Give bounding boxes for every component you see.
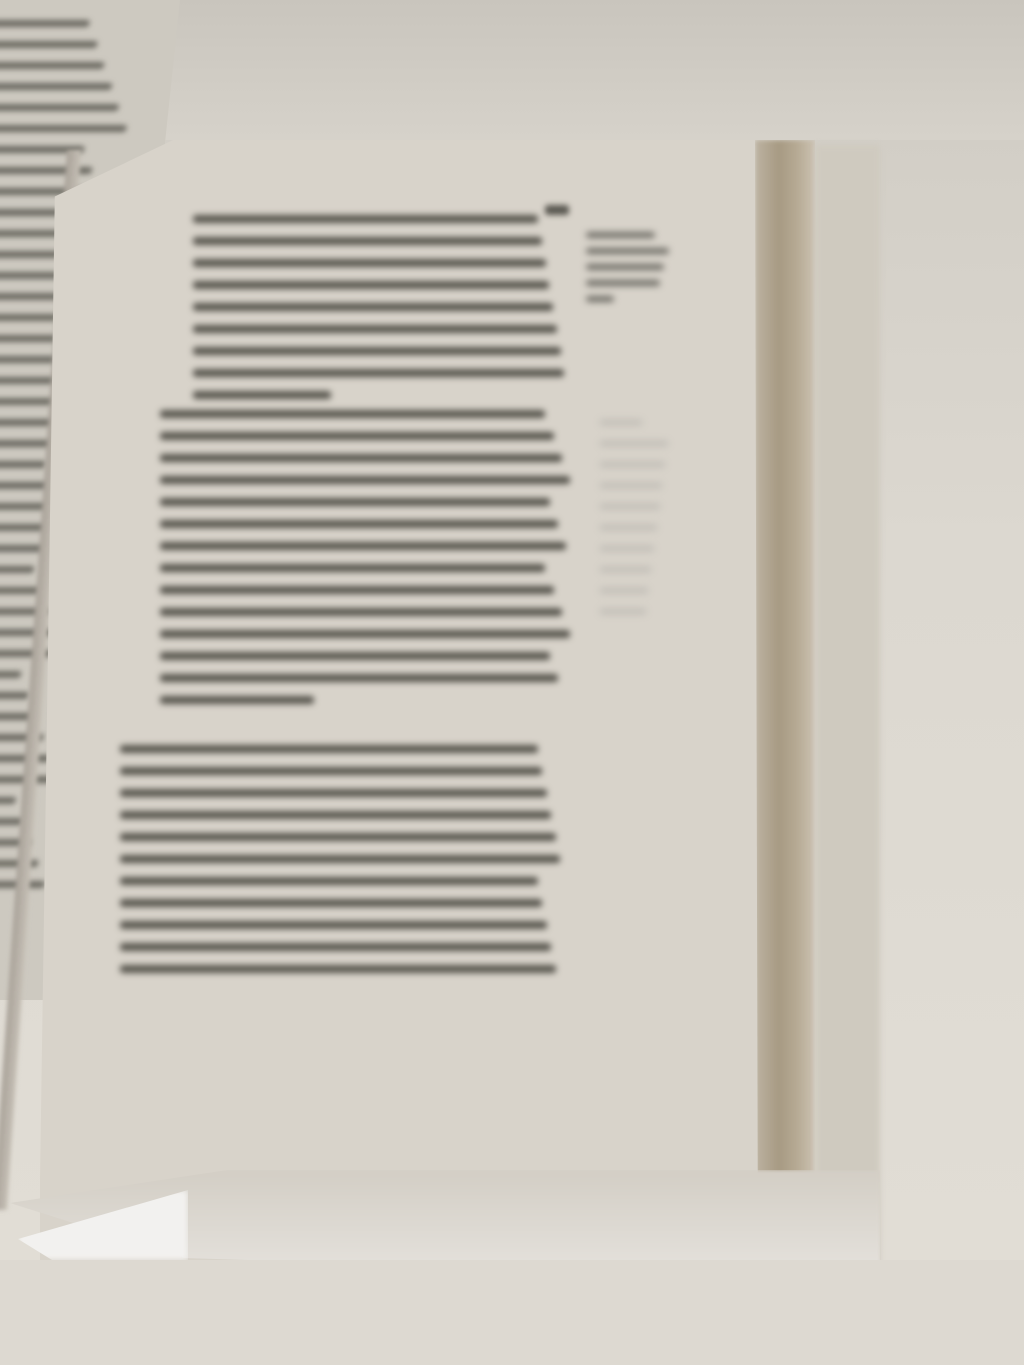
blurred-text-line — [160, 564, 545, 572]
blurred-text-line — [600, 462, 665, 467]
blurred-text-line — [600, 546, 654, 551]
blurred-text-line — [600, 441, 668, 446]
blurred-text-line — [160, 476, 570, 484]
blurred-text-line — [120, 877, 538, 885]
blurred-text-line — [586, 264, 664, 270]
table-surface — [0, 1260, 1024, 1365]
blurred-text-line — [0, 566, 34, 573]
blurred-text-line — [600, 567, 651, 572]
blurred-text-line — [120, 833, 556, 841]
blurred-text-line — [0, 83, 112, 90]
blurred-text-line — [160, 542, 566, 550]
blurred-text-line — [586, 232, 655, 238]
blurred-text-line — [193, 237, 542, 245]
blurred-text-line — [586, 248, 669, 254]
blurred-text-line — [160, 520, 558, 528]
blurred-text-line — [0, 104, 119, 111]
blurred-text-line — [600, 525, 657, 530]
blurred-text-line — [586, 280, 660, 286]
blurred-text-line — [160, 410, 545, 418]
blurred-text-line — [0, 20, 90, 27]
blurred-text-line — [600, 420, 642, 425]
blurred-text-line — [193, 347, 561, 355]
blurred-text-line — [160, 696, 314, 704]
blurred-text-line — [160, 432, 554, 440]
blurred-text-line — [120, 921, 547, 929]
blurred-text-line — [160, 630, 570, 638]
paragraph-1 — [193, 215, 568, 413]
blurred-text-line — [586, 296, 614, 302]
blurred-text-line — [193, 281, 549, 289]
blurred-text-line — [120, 855, 560, 863]
blurred-text-line — [160, 454, 562, 462]
blurred-text-line — [0, 692, 29, 699]
blurred-text-line — [0, 671, 21, 678]
blurred-text-line — [160, 674, 558, 682]
blurred-text-line — [600, 504, 660, 509]
blurred-text-line — [600, 483, 662, 488]
blurred-text-line — [193, 325, 557, 333]
blurred-text-line — [120, 789, 547, 797]
blurred-text-line — [193, 369, 564, 377]
blurred-text-line — [160, 652, 550, 660]
blurred-text-line — [193, 391, 331, 399]
blurred-text-line — [120, 811, 551, 819]
blurred-text-line — [120, 899, 542, 907]
blurred-text-line — [600, 588, 648, 593]
blurred-text-line — [600, 609, 646, 614]
blurred-text-line — [193, 215, 538, 223]
blurred-text-line — [120, 745, 538, 753]
blurred-text-line — [0, 125, 127, 132]
blurred-text-line — [160, 498, 550, 506]
margin-note — [586, 232, 672, 312]
book-cover-edge — [815, 145, 880, 1280]
blurred-text-line — [0, 41, 97, 48]
blurred-text-line — [120, 965, 556, 973]
blurred-text-line — [0, 461, 47, 468]
book-page-edge — [755, 140, 815, 1280]
blurred-text-line — [120, 943, 551, 951]
blurred-text-line — [0, 356, 59, 363]
faint-margin-note — [600, 420, 670, 630]
photo-background — [0, 0, 1024, 1365]
blurred-text-line — [120, 767, 542, 775]
blurred-text-line — [160, 608, 562, 616]
page-number — [545, 205, 569, 215]
blurred-text-line — [160, 586, 554, 594]
paragraph-2 — [160, 410, 570, 718]
blurred-text-line — [193, 259, 546, 267]
blurred-text-line — [0, 629, 56, 636]
blurred-text-line — [193, 303, 553, 311]
blurred-text-line — [0, 62, 105, 69]
blurred-text-line — [0, 797, 16, 804]
paragraph-3 — [120, 745, 560, 987]
